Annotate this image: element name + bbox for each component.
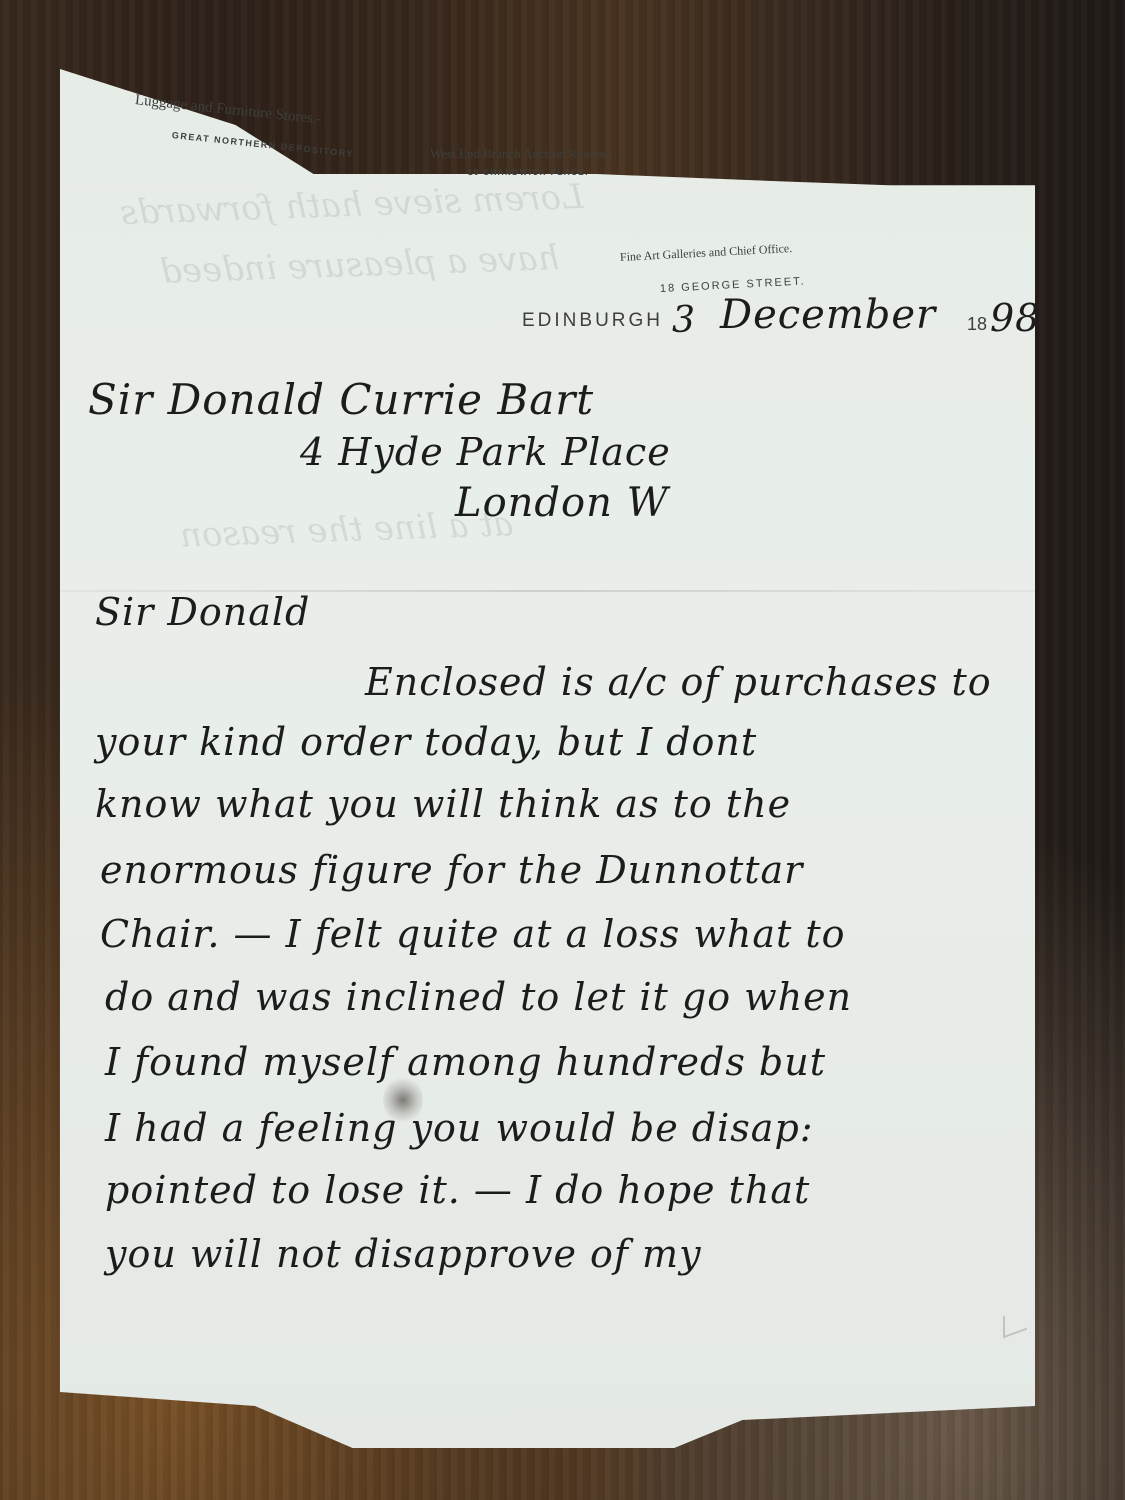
body-line: you will not disapprove of my bbox=[105, 1232, 702, 1276]
address-line-2: 4 Hyde Park Place bbox=[300, 430, 671, 474]
body-line: know what you will think as to the bbox=[95, 782, 791, 826]
date-day: 3 bbox=[672, 300, 696, 341]
ink-blot bbox=[383, 1075, 423, 1125]
salutation: Sir Donald bbox=[95, 590, 310, 634]
body-line: I had a feeling you would be disap: bbox=[105, 1106, 814, 1150]
letterhead-center-title: West End Branch Auction Rooms.- bbox=[430, 146, 613, 162]
address-line-1: Sir Donald Currie Bart bbox=[88, 375, 594, 424]
letterhead-center-subtitle: 10 SHANDWICK PLACE. bbox=[468, 168, 589, 177]
date-month: December bbox=[720, 292, 936, 338]
address-line-3: London W bbox=[455, 480, 669, 526]
date-year-prefix: 18 bbox=[967, 314, 987, 335]
body-line: pointed to lose it. — I do hope that bbox=[105, 1168, 810, 1212]
body-line: do and was inclined to let it go when bbox=[105, 975, 852, 1019]
date-year-suffix: 98 bbox=[990, 296, 1040, 340]
body-line: enormous figure for the Dunnottar bbox=[100, 848, 803, 892]
body-line: Chair. — I felt quite at a loss what to bbox=[100, 912, 846, 956]
body-line: I found myself among hundreds but bbox=[105, 1040, 826, 1084]
body-line: your kind order today, but I dont bbox=[95, 720, 757, 764]
body-line: Enclosed is a/c of purchases to bbox=[365, 660, 992, 704]
letterhead-city: EDINBURGH bbox=[522, 310, 663, 332]
